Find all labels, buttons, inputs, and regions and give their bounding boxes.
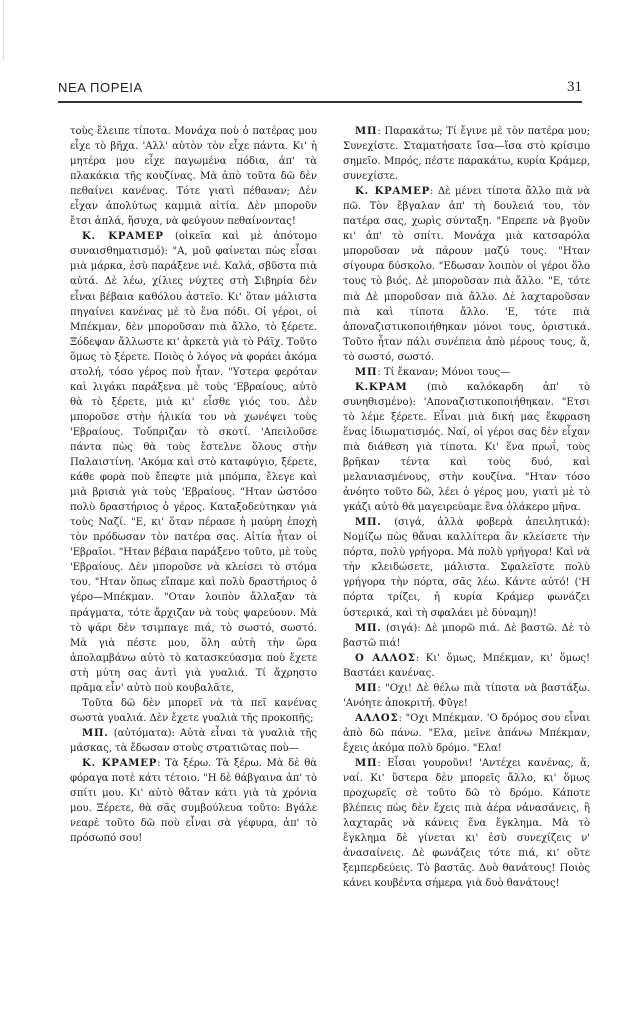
paragraph: ΜΠ: "Οχι! Δὲ θέλω πιὰ τίποτα νὰ βαστάξω.…: [343, 681, 590, 711]
speaker-name: Κ.ΚΡΑΜ: [355, 382, 407, 393]
paragraph: Κ.ΚΡΑΜ (πιὸ καλόκαρδη ἀπ' τὸ συνηθισμένο…: [343, 380, 590, 515]
paragraph-text: : Εἶσαι γουροῦνι! 'Αντέχει κανένας, ἅ, ν…: [343, 758, 590, 889]
scanned-page: ΝΕΑ ΠΟΡΕΙΑ 31 τοὺς ἔλειπε τίποτα. Μονάχα…: [0, 0, 630, 1024]
speaker-name: ΜΠ.: [82, 728, 109, 739]
paragraph-text: : Δὲ μένει τίποτα ἄλλο πιὰ νὰ πῶ. Τὸν ἔβ…: [343, 186, 590, 363]
speaker-name: ΑΛΛΟΣ: [355, 713, 398, 724]
paragraph-text: (σιγά, ἀλλὰ φοβερὰ ἀπειλητικά): Νομίζω π…: [343, 517, 590, 618]
page-header: ΝΕΑ ΠΟΡΕΙΑ 31: [58, 80, 582, 102]
paragraph: Τοῦτα δῶ δὲν μπορεῖ νὰ τὰ πεῖ κανένας σω…: [70, 696, 317, 726]
paragraph: ΜΠ. (σιγά): Δὲ μπορῶ πιά. Δὲ βαστῶ. Δὲ τ…: [343, 621, 590, 651]
paragraph-text: : "Οχι! Δὲ θέλω πιὰ τίποτα νὰ βαστάξω. '…: [343, 683, 590, 709]
speaker-name: ΜΠ: [355, 758, 377, 769]
header-rule: [58, 101, 582, 103]
speaker-name: ΜΠ: [355, 367, 377, 378]
speaker-name: Κ. ΚΡΑΜΕΡ: [82, 758, 157, 769]
paragraph: ΜΠ. (αὐτόματα): Αὐτὰ εἶναι τὰ γυαλιὰ τῆς…: [70, 726, 317, 756]
paragraph-text: : Τί ἔκαναν; Μόνοι τους—: [377, 367, 510, 378]
page-edge: [3, 0, 4, 60]
paragraph: ΜΠ: Τί ἔκαναν; Μόνοι τους—: [343, 365, 590, 380]
speaker-name: Κ. ΚΡΑΜΕΡ: [355, 186, 430, 197]
paragraph-text: (πιὸ καλόκαρδη ἀπ' τὸ συνηθισμένο): 'Απο…: [343, 382, 590, 513]
paragraph: Κ. ΚΡΑΜΕΡ: Τὰ ξέρω. Τὰ ξέρω. Μὰ δὲ θὰ φό…: [70, 756, 317, 846]
paragraph-text: : Τὰ ξέρω. Τὰ ξέρω. Μὰ δὲ θὰ φόραγα ποτὲ…: [70, 758, 317, 844]
paragraph: ΜΠ: Εἶσαι γουροῦνι! 'Αντέχει κανένας, ἅ,…: [343, 756, 590, 891]
paragraph-text: Τοῦτα δῶ δὲν μπορεῖ νὰ τὰ πεῖ κανένας σω…: [70, 698, 317, 724]
paragraph-text: τοὺς ἔλειπε τίποτα. Μονάχα ποὺ ὁ πατέρας…: [70, 126, 317, 227]
paragraph: Κ. ΚΡΑΜΕΡ: Δὲ μένει τίποτα ἄλλο πιὰ νὰ π…: [343, 184, 590, 365]
speaker-name: Ο ΑΛΛΟΣ: [355, 653, 416, 664]
paragraph: τοὺς ἔλειπε τίποτα. Μονάχα ποὺ ὁ πατέρας…: [70, 124, 317, 229]
paragraph-text: (οἰκεῖα καὶ μὲ ἀπότομο συναισθηματισμό):…: [70, 231, 317, 693]
left-column: τοὺς ἔλειπε τίποτα. Μονάχα ποὺ ὁ πατέρας…: [70, 124, 317, 846]
paragraph: ΜΠ: Παρακάτω; Τί ἔγινε μὲ τὸν πατέρα μου…: [343, 124, 590, 184]
speaker-name: ΜΠ.: [355, 623, 382, 634]
running-title: ΝΕΑ ΠΟΡΕΙΑ: [58, 80, 143, 95]
speaker-name: ΜΠ: [355, 683, 377, 694]
paragraph: Κ. ΚΡΑΜΕΡ (οἰκεῖα καὶ μὲ ἀπότομο συναισθ…: [70, 229, 317, 695]
paragraph: ΜΠ. (σιγά, ἀλλὰ φοβερὰ ἀπειλητικά): Νομί…: [343, 515, 590, 620]
speaker-name: Κ. ΚΡΑΜΕΡ: [82, 231, 164, 242]
right-column: ΜΠ: Παρακάτω; Τί ἔγινε μὲ τὸν πατέρα μου…: [343, 124, 590, 891]
paragraph: ΑΛΛΟΣ: "Οχι Μπέκμαν. 'Ο δρόμος σου εἶναι…: [343, 711, 590, 756]
paragraph: Ο ΑΛΛΟΣ: Κι' ὅμως, Μπέκμαν, κι' ὅμως! Βα…: [343, 651, 590, 681]
paragraph-text: : Παρακάτω; Τί ἔγινε μὲ τὸν πατέρα μου; …: [343, 126, 590, 182]
page-number: 31: [567, 79, 582, 96]
speaker-name: ΜΠ: [355, 126, 377, 137]
speaker-name: ΜΠ.: [355, 517, 382, 528]
